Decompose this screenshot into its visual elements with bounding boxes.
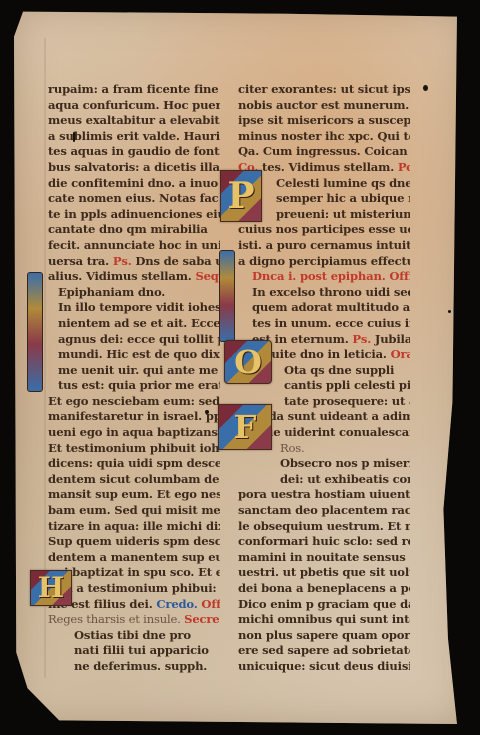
decorated-initial-i bbox=[27, 272, 43, 392]
text-line: Et testimonium phibuit iohes bbox=[48, 441, 220, 457]
rubric: Ps. bbox=[352, 332, 371, 346]
text-line: nati filii tui apparicio bbox=[48, 643, 220, 659]
rubric: Dnca i. post epiphan. bbox=[252, 269, 386, 283]
text-line: rupaim: a fram ficente fine bbox=[48, 82, 220, 98]
decorated-initial-p: P bbox=[220, 170, 262, 222]
text-line: agnus dei: ecce qui tollit pctm bbox=[48, 332, 220, 348]
text-line: Qa. Cum ingressus. Coican bbox=[238, 144, 410, 160]
text-line: uidi a testimonium phibui: q bbox=[48, 581, 220, 597]
text-line: tes aquas in gaudio de fonti bbox=[48, 144, 220, 160]
text-line: te in ppls adinuenciones eius bbox=[48, 207, 220, 223]
text-line: ipse sit misericors a susceptor. do bbox=[238, 113, 410, 129]
rubric: Offic. bbox=[201, 597, 220, 611]
decorated-initial-i bbox=[219, 250, 235, 342]
rubric: Ps. bbox=[113, 254, 132, 268]
text-line: dentem a manentem sup eum. hic est bbox=[48, 550, 220, 566]
text-line: mansit sup eum. Et ego nesci bbox=[48, 487, 220, 503]
text-line: uestri. ut pbetis que sit uoluntas bbox=[238, 565, 410, 581]
rubric: Secre. bbox=[184, 612, 220, 626]
text-line: dentem sicut columbam de celo et bbox=[48, 472, 220, 488]
text-line: aqua confuricum. Hoc puer bbox=[48, 98, 220, 114]
text-line: sanctam deo placentem racionabi bbox=[238, 503, 410, 519]
text-line: manifestaretur in israel. ppterea bbox=[48, 409, 220, 425]
text-line: uersa tra. Ps. Dns de saba ue. bbox=[48, 254, 220, 270]
text-line: non plus sapere quam oportet sap bbox=[238, 628, 410, 644]
text-line: unicuique: sicut deus diuisit bbox=[238, 659, 410, 675]
text-line: mamini in nouitate sensus bbox=[238, 550, 410, 566]
text-line: In illo tempore vidit iohes ihm ue bbox=[48, 300, 220, 316]
text-line: me uenit uir. qui ante me fac bbox=[48, 363, 220, 379]
ink-blot bbox=[448, 310, 451, 313]
text-line: Co. tes. Vidimus stellam. Postcom. bbox=[238, 160, 410, 176]
text-line: Celesti lumine qs dne bbox=[238, 176, 410, 192]
text-line: Ostias tibi dne pro bbox=[48, 628, 220, 644]
text-line: Reges tharsis et insule. Secre. bbox=[48, 612, 220, 628]
rubric: Offic. bbox=[389, 269, 410, 283]
decorated-initial-f: F bbox=[218, 404, 272, 450]
text-line: Epiphaniam dno. bbox=[48, 285, 220, 301]
ink-blot bbox=[423, 85, 428, 91]
text-line: Sup quem uideris spm descen bbox=[48, 534, 220, 550]
text-line: dicens: quia uidi spm descen bbox=[48, 456, 220, 472]
text-line: tizare in aqua: ille michi dixit. bbox=[48, 519, 220, 535]
text-line: michi omnibus qui sunt inter uos: bbox=[238, 612, 410, 628]
text-line: tus est: quia prior me erat. bbox=[48, 378, 220, 394]
rubric: Orano. bbox=[391, 347, 410, 361]
rubric: Postcom. bbox=[398, 160, 410, 174]
text-line: cate nomen eius. Notas fac bbox=[48, 191, 220, 207]
text-line: mundi. Hic est de quo dixi. post bbox=[48, 347, 220, 363]
text-line: citer exorantes: ut sicut ipse bbox=[238, 82, 410, 98]
text-line: bam eum. Sed qui misit me bap bbox=[48, 503, 220, 519]
text-line: cantate dno qm mirabilia bbox=[48, 222, 220, 238]
text-line: preueni: ut misterium bbox=[238, 207, 410, 223]
rubric: Sequencia bbox=[195, 269, 220, 283]
text-line: a digno percipiamus effectu. P. bbox=[238, 254, 410, 270]
text-line: nobis auctor est munerum. ita bbox=[238, 98, 410, 114]
text-line: bus salvatoris: a dicetis illa bbox=[48, 160, 220, 176]
text-line: qui baptizat in spu sco. Et ego bbox=[48, 565, 220, 581]
text-line: tes in unum. ecce cuius imperii nomen bbox=[238, 316, 410, 332]
text-line: Dnca i. post epiphan. Offic. bbox=[238, 269, 410, 285]
text-line: ne deferimus. supph. bbox=[48, 659, 220, 675]
text-line: Et ego nesciebam eum: sed ut bbox=[48, 394, 220, 410]
text-line: meus exaltabitur a elevabit bbox=[48, 113, 220, 129]
text-line: fecit. annunciate hoc in uni bbox=[48, 238, 220, 254]
text-line: pora uestra hostiam uiuentem bbox=[238, 487, 410, 503]
text-line: nientem ad se et ait. Ecce bbox=[48, 316, 220, 332]
text-line: dei: ut exhibeatis cor bbox=[238, 472, 410, 488]
text-line: ueni ego in aqua baptizans. bbox=[48, 425, 220, 441]
text-line: le obsequium uestrum. Et nolite bbox=[238, 519, 410, 535]
text-line: cuius nos participes esse uolu bbox=[238, 222, 410, 238]
text-line: conformari huic sclo: sed refor bbox=[238, 534, 410, 550]
decorated-initial-o: O bbox=[224, 340, 272, 384]
ink-blot bbox=[205, 410, 209, 414]
text-line: Dico enim p graciam que data est bbox=[238, 597, 410, 613]
text-line: dei bona a beneplacens a perfecta. bbox=[238, 581, 410, 597]
ink-blot bbox=[73, 132, 75, 142]
text-line: quem adorat multitudo angelorum. psallen bbox=[238, 300, 410, 316]
text-line: isti. a puro cernamus intuitu bbox=[238, 238, 410, 254]
text-line: die confitemini dno. a inuo bbox=[48, 176, 220, 192]
rubric: Credo. bbox=[156, 597, 197, 611]
text-line: alius. Vidimus stellam. Sequencia bbox=[48, 269, 220, 285]
text-line: hic est filius dei. Credo. Offic. bbox=[48, 597, 220, 613]
text-line: minus noster ihc xpc. Qui tecum Prefa bbox=[238, 129, 410, 145]
decorated-initial-h: H bbox=[30, 570, 72, 606]
text-line: Obsecro nos p misericordiam bbox=[238, 456, 410, 472]
text-line: ere sed sapere ad sobrietatem. Et bbox=[238, 643, 410, 659]
left-text-column: rupaim: a fram ficente fine aqua confuri… bbox=[48, 82, 220, 675]
text-line: semper hic a ubique nos bbox=[238, 191, 410, 207]
text-line: In excelso throno uidi sedere uirum: bbox=[238, 285, 410, 301]
